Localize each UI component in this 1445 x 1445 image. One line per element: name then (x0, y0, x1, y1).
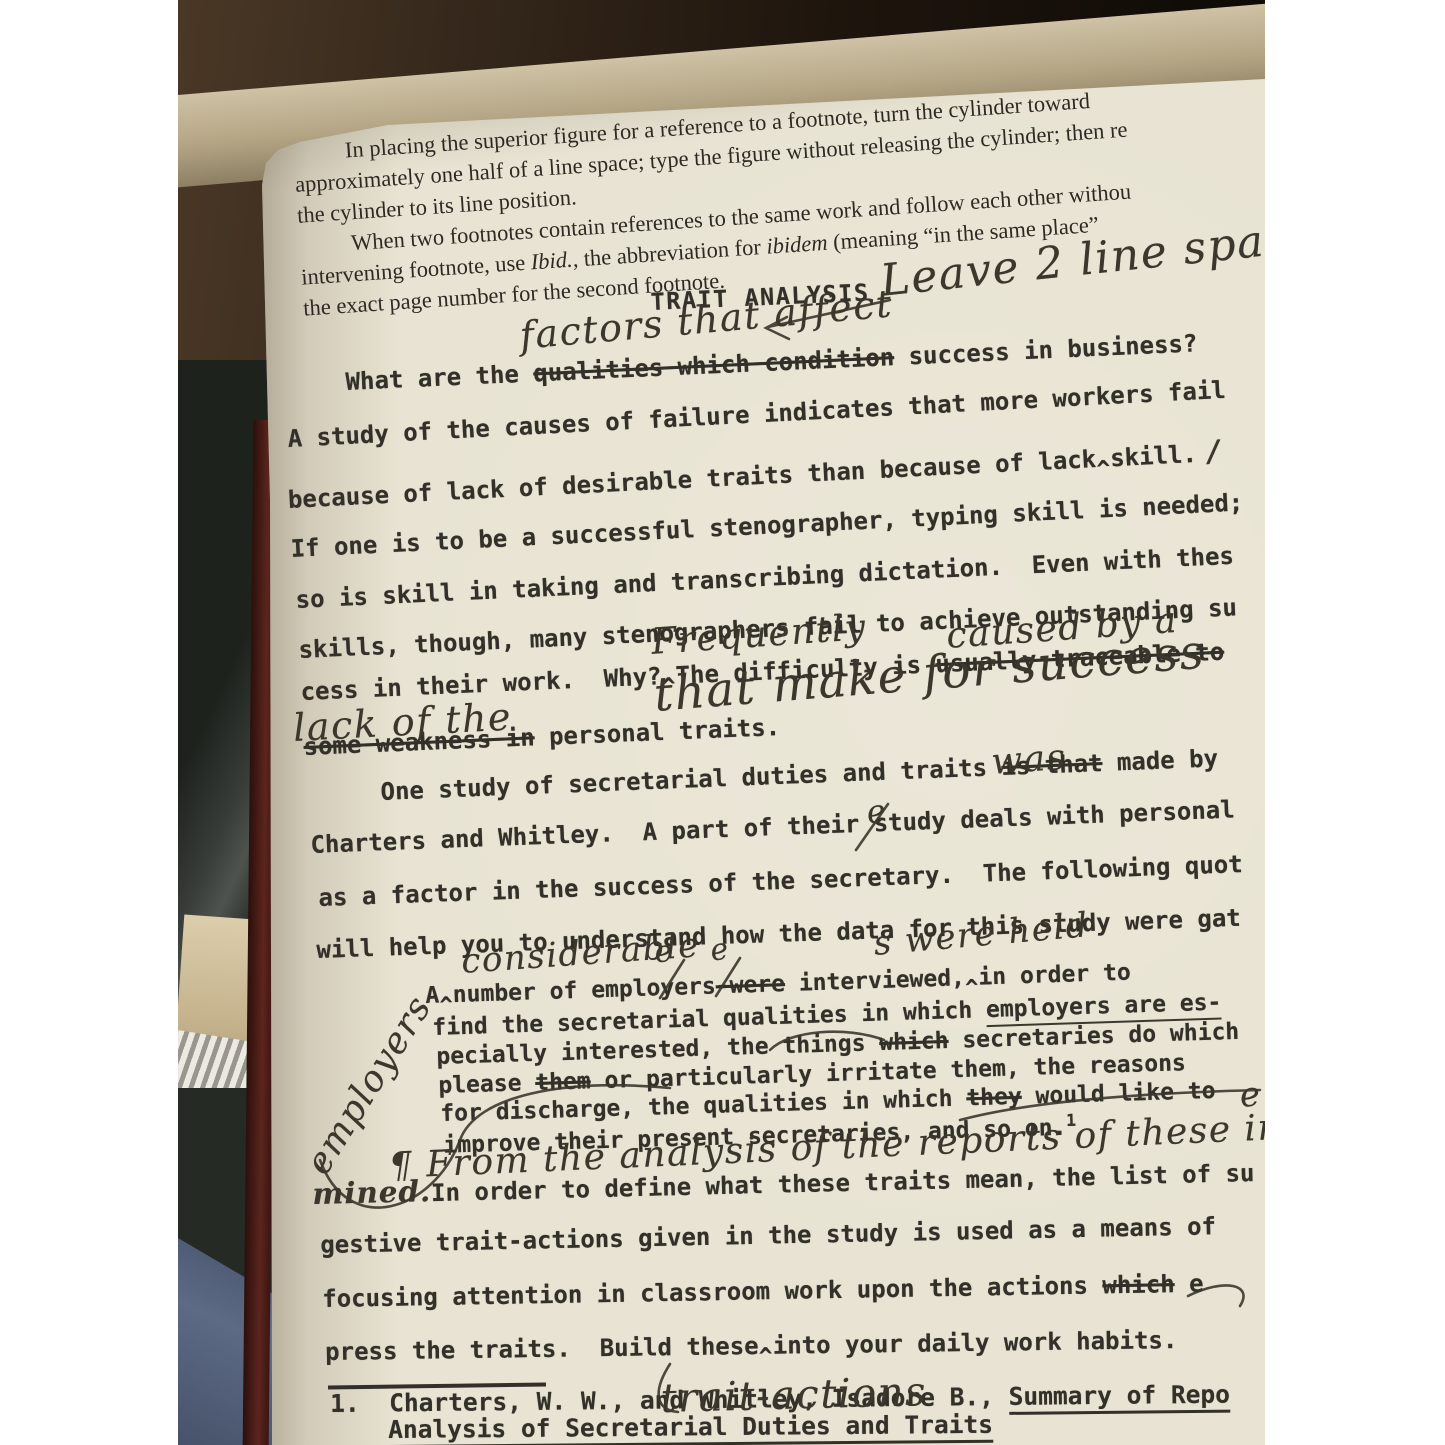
text-segment: Charters and Whitley. A part of their st… (310, 796, 1235, 859)
text-segment: focusing attention in classroom work upo… (322, 1271, 1103, 1313)
typed-line: will help you to understand how the data… (316, 904, 1241, 964)
text-segment: interviewed, (785, 965, 966, 997)
text-segment: in order to (978, 960, 1131, 991)
handwriting-their-e: e (864, 791, 890, 831)
text-segment: press the traits. Build these (325, 1332, 759, 1366)
typed-line: gestive trait-actions given in the study… (320, 1212, 1216, 1259)
handwriting-edge-e: e (1238, 1074, 1263, 1116)
text-segment: One study of secretarial duties and trai… (380, 753, 1002, 806)
typed-line: focusing attention in classroom work upo… (322, 1270, 1204, 1313)
text-segment: skill. (1109, 440, 1197, 472)
typed-line: press the traits. Build these^into your … (325, 1326, 1177, 1366)
text-segment: which (1102, 1270, 1175, 1299)
text-segment: which (879, 1028, 949, 1056)
handwriting-was: was (990, 737, 1068, 783)
handwriting-held: s were held (872, 905, 1090, 964)
text-segment: into your daily work habits. (773, 1326, 1178, 1360)
text-segment: would like to (1021, 1078, 1216, 1110)
text-segment: ^ (759, 1344, 773, 1370)
text-segment: made by (1102, 744, 1219, 777)
text-segment: What are the (345, 359, 534, 395)
text-segment: -were (715, 971, 785, 999)
text-segment: they (966, 1084, 1022, 1112)
text-segment: / (1196, 434, 1221, 469)
text-segment: please (438, 1070, 536, 1099)
white-margin-right (1265, 0, 1445, 1445)
text-segment: Ibid., (530, 246, 579, 274)
page-text-layer: In placing the superior figure for a ref… (178, 0, 1265, 1445)
typed-line: One study of secretarial duties and trai… (380, 744, 1219, 806)
text-segment: will help you to understand how the data… (316, 904, 1241, 964)
typed-line: Charters and Whitley. A part of their st… (310, 796, 1235, 859)
text-segment: ibidem (766, 230, 829, 259)
handwriting-trait-actions: trait-actions (660, 1369, 928, 1422)
book-photo: In placing the superior figure for a ref… (178, 0, 1265, 1445)
text-segment: success in business? (894, 329, 1198, 371)
text-segment: as a factor in the success of the secret… (318, 850, 1243, 912)
white-margin-left (0, 0, 178, 1445)
text-segment: gestive trait-actions given in the study… (320, 1212, 1216, 1259)
text-segment: e (1174, 1270, 1203, 1299)
text-segment: Summary of Repo (1008, 1380, 1230, 1415)
text-segment: ^ (1096, 456, 1111, 483)
typed-line: as a factor in the success of the secret… (318, 850, 1243, 912)
screenshot-canvas: In placing the superior figure for a ref… (0, 0, 1445, 1445)
text-segment: them (535, 1068, 591, 1096)
